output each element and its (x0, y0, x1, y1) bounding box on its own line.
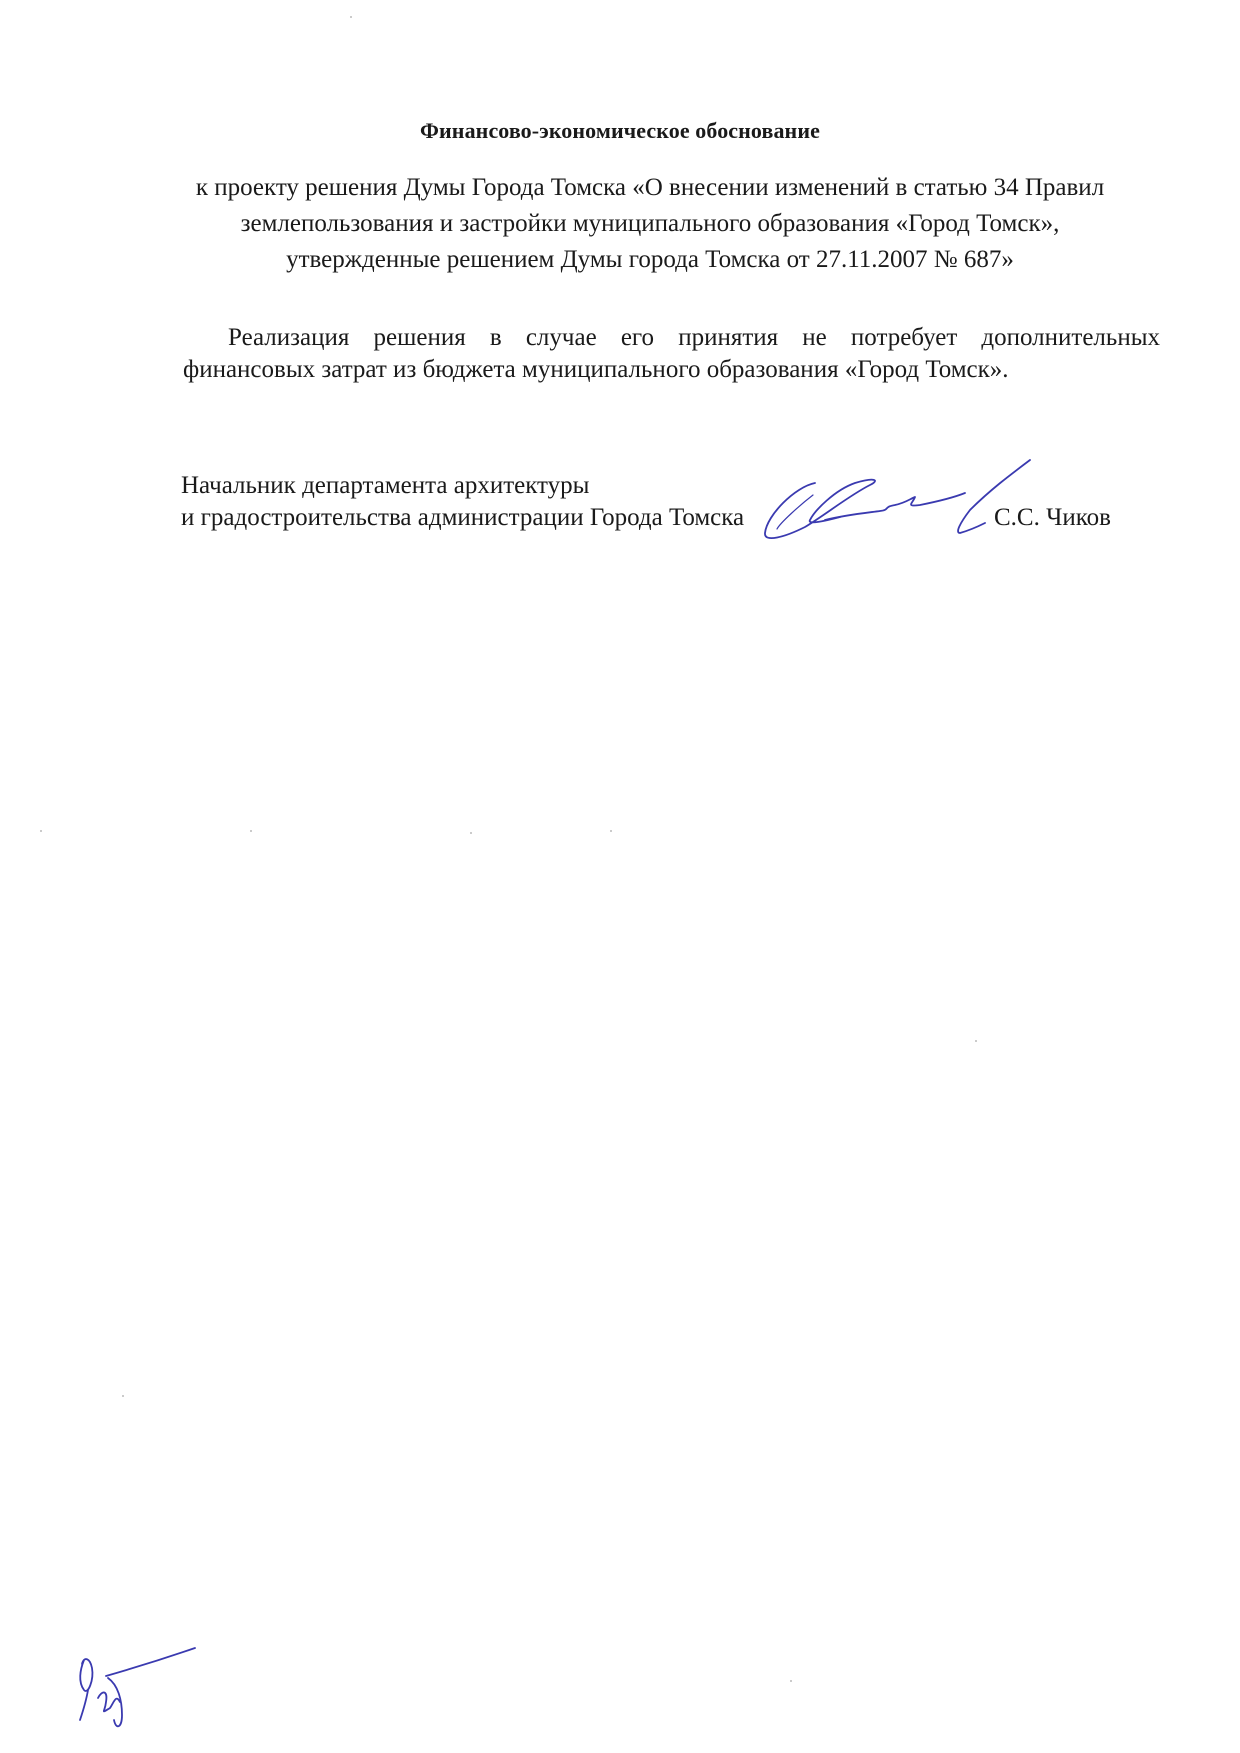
scan-speck (40, 830, 42, 832)
scan-speck (122, 1395, 124, 1397)
scan-speck (610, 830, 612, 832)
signatory-position: Начальник департамента архитектуры и гра… (181, 470, 744, 534)
document-subtitle: к проекту решения Думы Города Томска «О … (180, 170, 1120, 278)
subtitle-line: землепользования и застройки муниципальн… (180, 206, 1120, 242)
body-line: финансовых затрат из бюджета муниципальн… (183, 354, 1160, 386)
scan-speck (470, 832, 472, 834)
subtitle-line: к проекту решения Думы Города Томска «О … (180, 170, 1120, 206)
position-line: и градостроительства администрации Город… (181, 502, 744, 534)
position-line: Начальник департамента архитектуры (181, 470, 744, 502)
scan-speck (350, 16, 352, 18)
subtitle-line: утвержденные решением Думы города Томска… (180, 242, 1120, 278)
scan-speck (790, 1680, 792, 1682)
handwritten-initials-icon (50, 1640, 230, 1750)
document-title: Финансово-экономическое обоснование (0, 118, 1240, 144)
scan-speck (250, 830, 252, 832)
scan-speck (975, 1040, 977, 1042)
body-line: Реализация решения в случае его принятия… (183, 322, 1160, 354)
signatory-name: С.С. Чиков (994, 502, 1111, 534)
body-paragraph: Реализация решения в случае его принятия… (183, 322, 1160, 386)
document-page: Финансово-экономическое обоснование к пр… (0, 0, 1240, 1753)
handwritten-signature-icon (755, 455, 1035, 545)
